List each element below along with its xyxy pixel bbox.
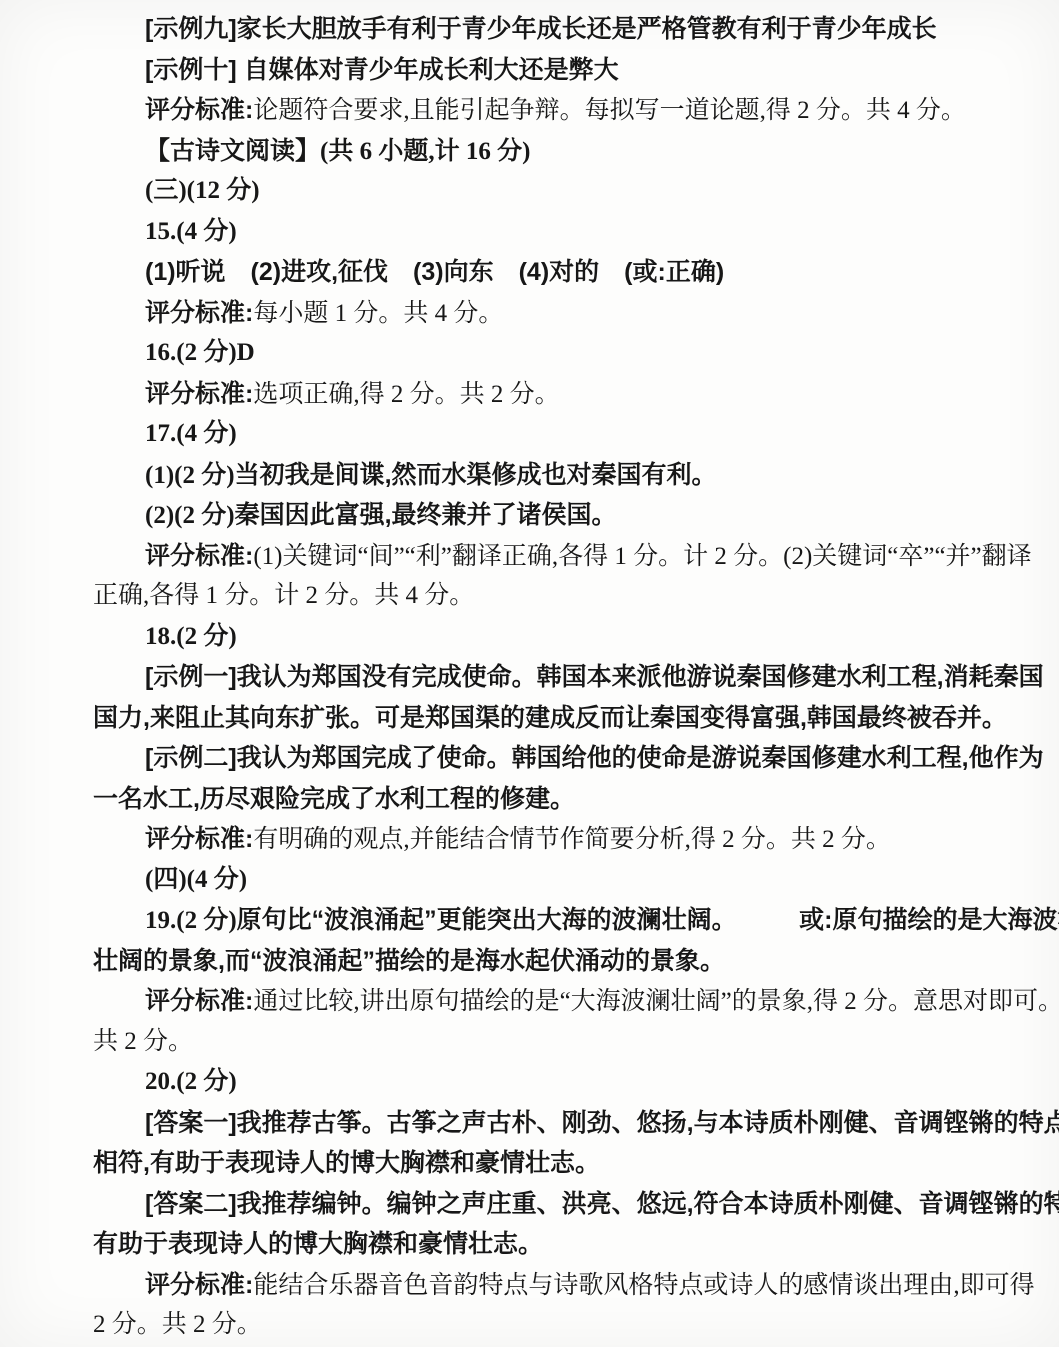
text-line: 共 2 分。 xyxy=(93,1022,1039,1063)
text-line: 15.(4 分) xyxy=(93,212,1039,253)
text-line: 有助于表现诗人的博大胸襟和豪情壮志。 xyxy=(93,1224,1039,1265)
text-line: 17.(4 分) xyxy=(93,414,1039,455)
answer-text: [示例九]家长大胆放手有利于青少年成长还是严格管教有利于青少年成长 xyxy=(145,15,937,43)
text-line: 评分标准:有明确的观点,并能结合情节作简要分析,得 2 分。共 2 分。 xyxy=(93,819,1039,860)
item-number: 20.(2 分) xyxy=(145,1068,237,1095)
answer-text: [答案一]我推荐古筝。古筝之声古朴、刚劲、悠扬,与本诗质朴刚健、音调铿锵的特点 xyxy=(145,1109,1059,1137)
score-standard-text: 正确,各得 1 分。计 2 分。共 4 分。 xyxy=(93,582,474,609)
score-standard-text: 有明确的观点,并能结合情节作简要分析,得 2 分。共 2 分。 xyxy=(253,826,891,853)
text-line: 20.(2 分) xyxy=(93,1062,1039,1103)
text-line: 19.(2 分)原句比“波浪涌起”更能突出大海的波澜壮阔。 或:原句描绘的是大海… xyxy=(93,900,1039,941)
text-line: 18.(2 分) xyxy=(93,617,1039,658)
item-number: 18.(2 分) xyxy=(145,623,237,650)
answer-text: 原句比“波浪涌起”更能突出大海的波澜壮阔。 或:原句描绘的是大海波澜 xyxy=(237,906,1059,934)
score-standard-label: 评分标准: xyxy=(145,987,253,1015)
section-heading-count: (共 6 小题,计 16 分) xyxy=(320,138,530,165)
text-line: 评分标准:选项正确,得 2 分。共 2 分。 xyxy=(93,374,1039,415)
text-line: 评分标准:论题符合要求,且能引起争辩。每拟写一道论题,得 2 分。共 4 分。 xyxy=(93,90,1039,131)
text-line: 壮阔的景象,而“波浪涌起”描绘的是海水起伏涌动的景象。 xyxy=(93,941,1039,982)
text-line: 相符,有助于表现诗人的博大胸襟和豪情壮志。 xyxy=(93,1143,1039,1184)
text-line: (1)听说 (2)进攻,征伐 (3)向东 (4)对的 (或:正确) xyxy=(93,252,1039,293)
score-standard-label: 评分标准: xyxy=(145,299,253,327)
answer-text: 壮阔的景象,而“波浪涌起”描绘的是海水起伏涌动的景象。 xyxy=(93,947,725,975)
text-line: (三)(12 分) xyxy=(93,171,1039,212)
answer-text: 秦国因此富强,最终兼并了诸侯国。 xyxy=(235,501,617,529)
score-standard-label: 评分标准: xyxy=(145,380,253,408)
text-line: [答案一]我推荐古筝。古筝之声古朴、刚劲、悠扬,与本诗质朴刚健、音调铿锵的特点 xyxy=(93,1103,1039,1144)
text-line: 2 分。共 2 分。 xyxy=(93,1305,1039,1346)
answer-text: 当初我是间谍,然而水渠修成也对秦国有利。 xyxy=(235,461,717,489)
text-line: [示例九]家长大胆放手有利于青少年成长还是严格管教有利于青少年成长 xyxy=(93,9,1039,50)
answer-text: 相符,有助于表现诗人的博大胸襟和豪情壮志。 xyxy=(93,1149,600,1177)
answer-text: 一名水工,历尽艰险完成了水利工程的修建。 xyxy=(93,785,575,813)
item-number: 17.(4 分) xyxy=(145,420,237,447)
score-standard-text: 能结合乐器音色音韵特点与诗歌风格特点或诗人的感情谈出理由,即可得 xyxy=(253,1272,1034,1299)
item-number: 15.(4 分) xyxy=(145,218,237,245)
text-line: 16.(2 分)D xyxy=(93,333,1039,374)
text-line: (1)(2 分)当初我是间谍,然而水渠修成也对秦国有利。 xyxy=(93,455,1039,496)
text-line: 正确,各得 1 分。计 2 分。共 4 分。 xyxy=(93,576,1039,617)
text-line: [示例十] 自媒体对青少年成长利大还是弊大 xyxy=(93,50,1039,91)
text-line: [示例二]我认为郑国完成了使命。韩国给他的使命是游说秦国修建水利工程,他作为 xyxy=(93,738,1039,779)
score-standard-label: 评分标准: xyxy=(145,1271,253,1299)
item-number: (2)(2 分) xyxy=(145,502,235,529)
document-page: [示例九]家长大胆放手有利于青少年成长还是严格管教有利于青少年成长[示例十] 自… xyxy=(0,0,1059,1347)
answer-text: (1)听说 (2)进攻,征伐 (3)向东 (4)对的 (或:正确) xyxy=(145,258,724,286)
section-heading: 【古诗文阅读】 xyxy=(145,137,320,165)
score-standard-label: 评分标准: xyxy=(145,542,253,570)
score-standard-label: 评分标准: xyxy=(145,825,253,853)
score-standard-text: (1)关键词“间”“利”翻译正确,各得 1 分。计 2 分。(2)关键词“卒”“… xyxy=(253,543,1031,570)
answer-text: [示例十] 自媒体对青少年成长利大还是弊大 xyxy=(145,56,619,84)
text-line: 评分标准:能结合乐器音色音韵特点与诗歌风格特点或诗人的感情谈出理由,即可得 xyxy=(93,1265,1039,1306)
text-line: [答案二]我推荐编钟。编钟之声庄重、洪亮、悠远,符合本诗质朴刚健、音调铿锵的特点… xyxy=(93,1184,1039,1225)
text-line: 评分标准:通过比较,讲出原句描绘的是“大海波澜壮阔”的景象,得 2 分。意思对即… xyxy=(93,981,1039,1022)
item-number: (四)(4 分) xyxy=(145,866,247,893)
item-number: (1)(2 分) xyxy=(145,462,235,489)
score-standard-text: 2 分。共 2 分。 xyxy=(93,1311,262,1338)
item-number: 19.(2 分) xyxy=(145,907,237,934)
item-number: 16.(2 分)D xyxy=(145,339,255,366)
answer-text: [答案二]我推荐编钟。编钟之声庄重、洪亮、悠远,符合本诗质朴刚健、音调铿锵的特点… xyxy=(145,1190,1059,1218)
text-line: 评分标准:(1)关键词“间”“利”翻译正确,各得 1 分。计 2 分。(2)关键… xyxy=(93,536,1039,577)
text-line: 评分标准:每小题 1 分。共 4 分。 xyxy=(93,293,1039,334)
text-line: 国力,来阻止其向东扩张。可是郑国渠的建成反而让秦国变得富强,韩国最终被吞并。 xyxy=(93,698,1039,739)
score-standard-text: 通过比较,讲出原句描绘的是“大海波澜壮阔”的景象,得 2 分。意思对即可。 xyxy=(253,988,1059,1015)
answer-text: 国力,来阻止其向东扩张。可是郑国渠的建成反而让秦国变得富强,韩国最终被吞并。 xyxy=(93,704,1007,732)
answer-text: [示例二]我认为郑国完成了使命。韩国给他的使命是游说秦国修建水利工程,他作为 xyxy=(145,744,1044,772)
text-line: 【古诗文阅读】(共 6 小题,计 16 分) xyxy=(93,131,1039,172)
text-line: (2)(2 分)秦国因此富强,最终兼并了诸侯国。 xyxy=(93,495,1039,536)
answer-text: [示例一]我认为郑国没有完成使命。韩国本来派他游说秦国修建水利工程,消耗秦国 xyxy=(145,663,1044,691)
score-standard-label: 评分标准: xyxy=(145,96,253,124)
score-standard-text: 每小题 1 分。共 4 分。 xyxy=(253,300,503,327)
text-line: [示例一]我认为郑国没有完成使命。韩国本来派他游说秦国修建水利工程,消耗秦国 xyxy=(93,657,1039,698)
answer-text: 有助于表现诗人的博大胸襟和豪情壮志。 xyxy=(93,1230,543,1258)
text-line: 一名水工,历尽艰险完成了水利工程的修建。 xyxy=(93,779,1039,820)
score-standard-text: 共 2 分。 xyxy=(93,1028,193,1055)
score-standard-text: 论题符合要求,且能引起争辩。每拟写一道论题,得 2 分。共 4 分。 xyxy=(253,97,966,124)
score-standard-text: 选项正确,得 2 分。共 2 分。 xyxy=(253,381,559,408)
text-line: (四)(4 分) xyxy=(93,860,1039,901)
item-number: (三)(12 分) xyxy=(145,177,260,204)
